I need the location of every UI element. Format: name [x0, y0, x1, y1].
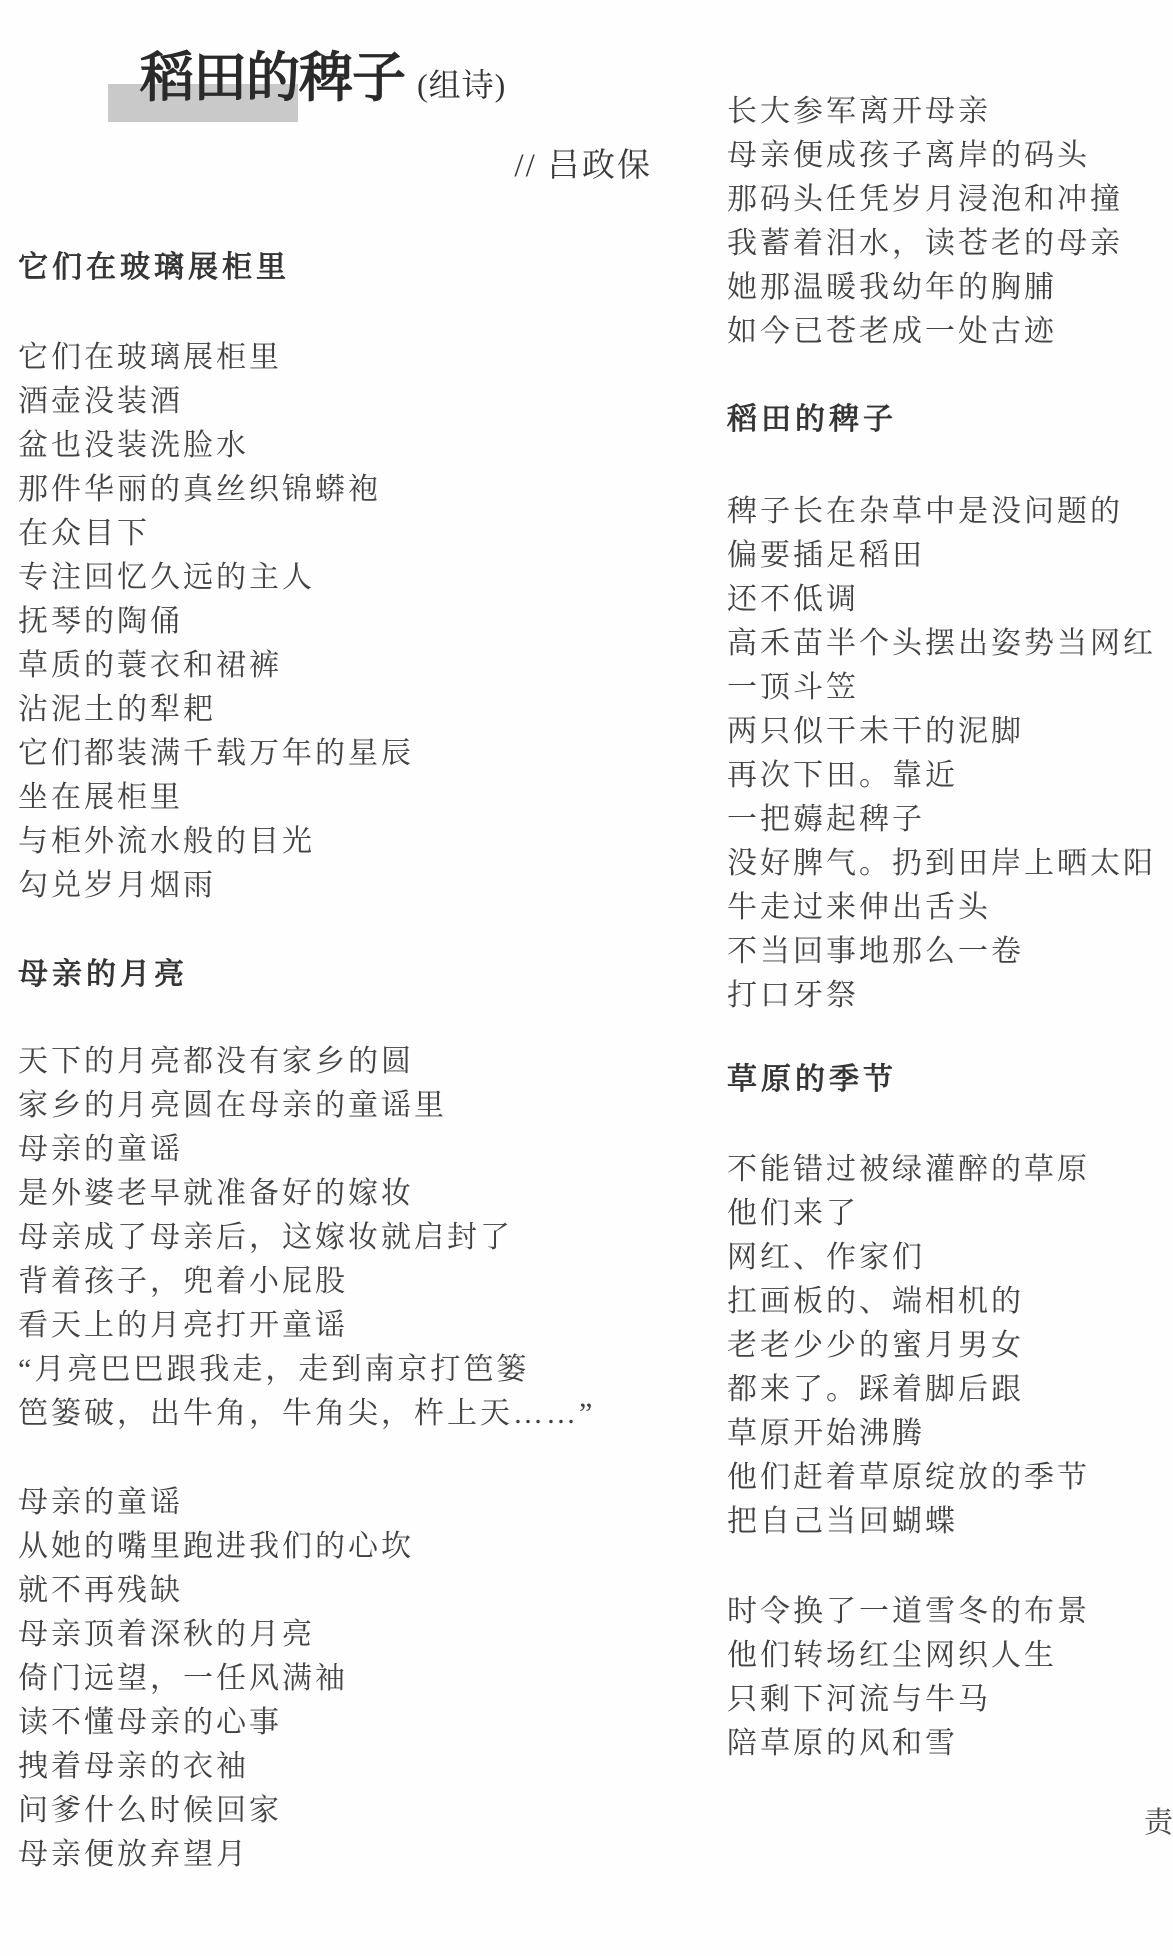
poem-line: 母亲的童谣 — [18, 1128, 578, 1172]
stanza: 时令换了一道雪冬的布景 他们转场红尘网织人生 只剩下河流与牛马 陪草原的风和雪 — [727, 1590, 1173, 1766]
poem-line: 天下的月亮都没有家乡的圆 — [18, 1040, 578, 1084]
poem-line: 扛画板的、端相机的 — [727, 1280, 1173, 1324]
stanza: 天下的月亮都没有家乡的圆 家乡的月亮圆在母亲的童谣里 母亲的童谣 是外婆老早就准… — [18, 1040, 578, 1436]
poem-line: 他们赶着草原绽放的季节 — [727, 1456, 1173, 1500]
poem-line: 没好脾气。扔到田岸上晒太阳 — [727, 842, 1173, 886]
poem-heading-1: 它们在玻璃展柜里 — [18, 246, 578, 290]
poem-line: 是外婆老早就准备好的嫁妆 — [18, 1172, 578, 1216]
right-column: 长大参军离开母亲 母亲便成孩子离岸的码头 那码头任凭岁月浸泡和冲撞 我蓄着泪水，… — [727, 90, 1173, 1766]
poem-line: 牛走过来伸出舌头 — [727, 886, 1173, 930]
poem-line: 母亲顶着深秋的月亮 — [18, 1613, 578, 1657]
poem-line: 从她的嘴里跑进我们的心坎 — [18, 1525, 578, 1569]
poem-line: 我蓄着泪水，读苍老的母亲 — [727, 222, 1173, 266]
poem-line: 母亲便放弃望月 — [18, 1833, 578, 1877]
stanza: 稗子长在杂草中是没问题的 偏要插足稻田 还不低调 高禾苗半个头摆出姿势当网红 一… — [727, 490, 1173, 1018]
poem-line: 那码头任凭岁月浸泡和冲撞 — [727, 178, 1173, 222]
stanza: 母亲的童谣 从她的嘴里跑进我们的心坎 就不再残缺 母亲顶着深秋的月亮 倚门远望，… — [18, 1481, 578, 1877]
poem-line: 草质的蓑衣和裙裤 — [18, 644, 578, 688]
poem-line: 沾泥土的犁耙 — [18, 688, 578, 732]
poem-line: 网红、作家们 — [727, 1236, 1173, 1280]
poem-line: 就不再残缺 — [18, 1569, 578, 1613]
poem-line: 她那温暖我幼年的胸脯 — [727, 266, 1173, 310]
poem-heading-4: 草原的季节 — [727, 1058, 1173, 1102]
poem-line: 家乡的月亮圆在母亲的童谣里 — [18, 1084, 578, 1128]
poem-line: 陪草原的风和雪 — [727, 1722, 1173, 1766]
poem-line: 它们在玻璃展柜里 — [18, 336, 578, 380]
poem-line: 它们都装满千载万年的星辰 — [18, 732, 578, 776]
poem-line: 盆也没装洗脸水 — [18, 424, 578, 468]
author-byline: // 吕政保 — [420, 146, 652, 186]
stanza: 它们在玻璃展柜里 酒壶没装酒 盆也没装洗脸水 那件华丽的真丝织锦蟒袍 在众目下 … — [18, 336, 578, 908]
margin-note-editor: 责 — [1144, 1806, 1173, 1840]
poem-line: 母亲的童谣 — [18, 1481, 578, 1525]
poem-heading-2: 母亲的月亮 — [18, 953, 578, 997]
poem-line: 倚门远望，一任风满袖 — [18, 1657, 578, 1701]
poem-line: 一把薅起稗子 — [727, 798, 1173, 842]
poem-line: 与柜外流水般的目光 — [18, 820, 578, 864]
poem-line: 长大参军离开母亲 — [727, 90, 1173, 134]
magazine-poetry-page: 稻田的稗子 (组诗) // 吕政保 它们在玻璃展柜里 它们在玻璃展柜里 酒壶没装… — [0, 0, 1173, 1956]
poem-line: 稗子长在杂草中是没问题的 — [727, 490, 1173, 534]
page-title: 稻田的稗子 (组诗) — [140, 46, 506, 110]
poem-line: “月亮巴巴跟我走，走到南京打笆篓 — [18, 1348, 578, 1392]
poem-line: 把自己当回蝴蝶 — [727, 1500, 1173, 1544]
poem-line: 读不懂母亲的心事 — [18, 1701, 578, 1745]
poem-line: 只剩下河流与牛马 — [727, 1678, 1173, 1722]
stanza: 不能错过被绿灌醉的草原 他们来了 网红、作家们 扛画板的、端相机的 老老少少的蜜… — [727, 1148, 1173, 1544]
poem-line: 看天上的月亮打开童谣 — [18, 1304, 578, 1348]
poem-line: 母亲成了母亲后，这嫁妆就启封了 — [18, 1216, 578, 1260]
poem-line: 时令换了一道雪冬的布景 — [727, 1590, 1173, 1634]
poem-line: 那件华丽的真丝织锦蟒袍 — [18, 468, 578, 512]
poem-line: 抚琴的陶俑 — [18, 600, 578, 644]
poem-line: 还不低调 — [727, 578, 1173, 622]
poem-line: 不能错过被绿灌醉的草原 — [727, 1148, 1173, 1192]
poem-line: 他们来了 — [727, 1192, 1173, 1236]
stanza: 长大参军离开母亲 母亲便成孩子离岸的码头 那码头任凭岁月浸泡和冲撞 我蓄着泪水，… — [727, 90, 1173, 354]
poem-line: 两只似干未干的泥脚 — [727, 710, 1173, 754]
poem-line: 都来了。踩着脚后跟 — [727, 1368, 1173, 1412]
poem-line: 勾兑岁月烟雨 — [18, 864, 578, 908]
poem-line: 他们转场红尘网织人生 — [727, 1634, 1173, 1678]
poem-line: 草原开始沸腾 — [727, 1412, 1173, 1456]
poem-line: 问爹什么时候回家 — [18, 1789, 578, 1833]
poem-line: 背着孩子，兜着小屁股 — [18, 1260, 578, 1304]
poem-line: 高禾苗半个头摆出姿势当网红 — [727, 622, 1173, 666]
poem-line: 在众目下 — [18, 512, 578, 556]
poem-line: 母亲便成孩子离岸的码头 — [727, 134, 1173, 178]
poem-line: 再次下田。靠近 — [727, 754, 1173, 798]
poem-line: 不当回事地那么一卷 — [727, 930, 1173, 974]
poem-line: 笆篓破，出牛角，牛角尖，杵上天……” — [18, 1392, 578, 1436]
poem-line: 专注回忆久远的主人 — [18, 556, 578, 600]
collection-title-suffix: (组诗) — [417, 60, 506, 106]
poem-line: 如今已苍老成一处古迹 — [727, 310, 1173, 354]
left-column: 它们在玻璃展柜里 它们在玻璃展柜里 酒壶没装酒 盆也没装洗脸水 那件华丽的真丝织… — [18, 246, 578, 1877]
poem-line: 酒壶没装酒 — [18, 380, 578, 424]
poem-line: 坐在展柜里 — [18, 776, 578, 820]
poem-line: 打口牙祭 — [727, 974, 1173, 1018]
poem-line: 拽着母亲的衣袖 — [18, 1745, 578, 1789]
poem-line: 偏要插足稻田 — [727, 534, 1173, 578]
collection-title: 稻田的稗子 — [140, 46, 405, 110]
poem-line: 老老少少的蜜月男女 — [727, 1324, 1173, 1368]
poem-line: 一顶斗笠 — [727, 666, 1173, 710]
poem-heading-3: 稻田的稗子 — [727, 398, 1173, 442]
